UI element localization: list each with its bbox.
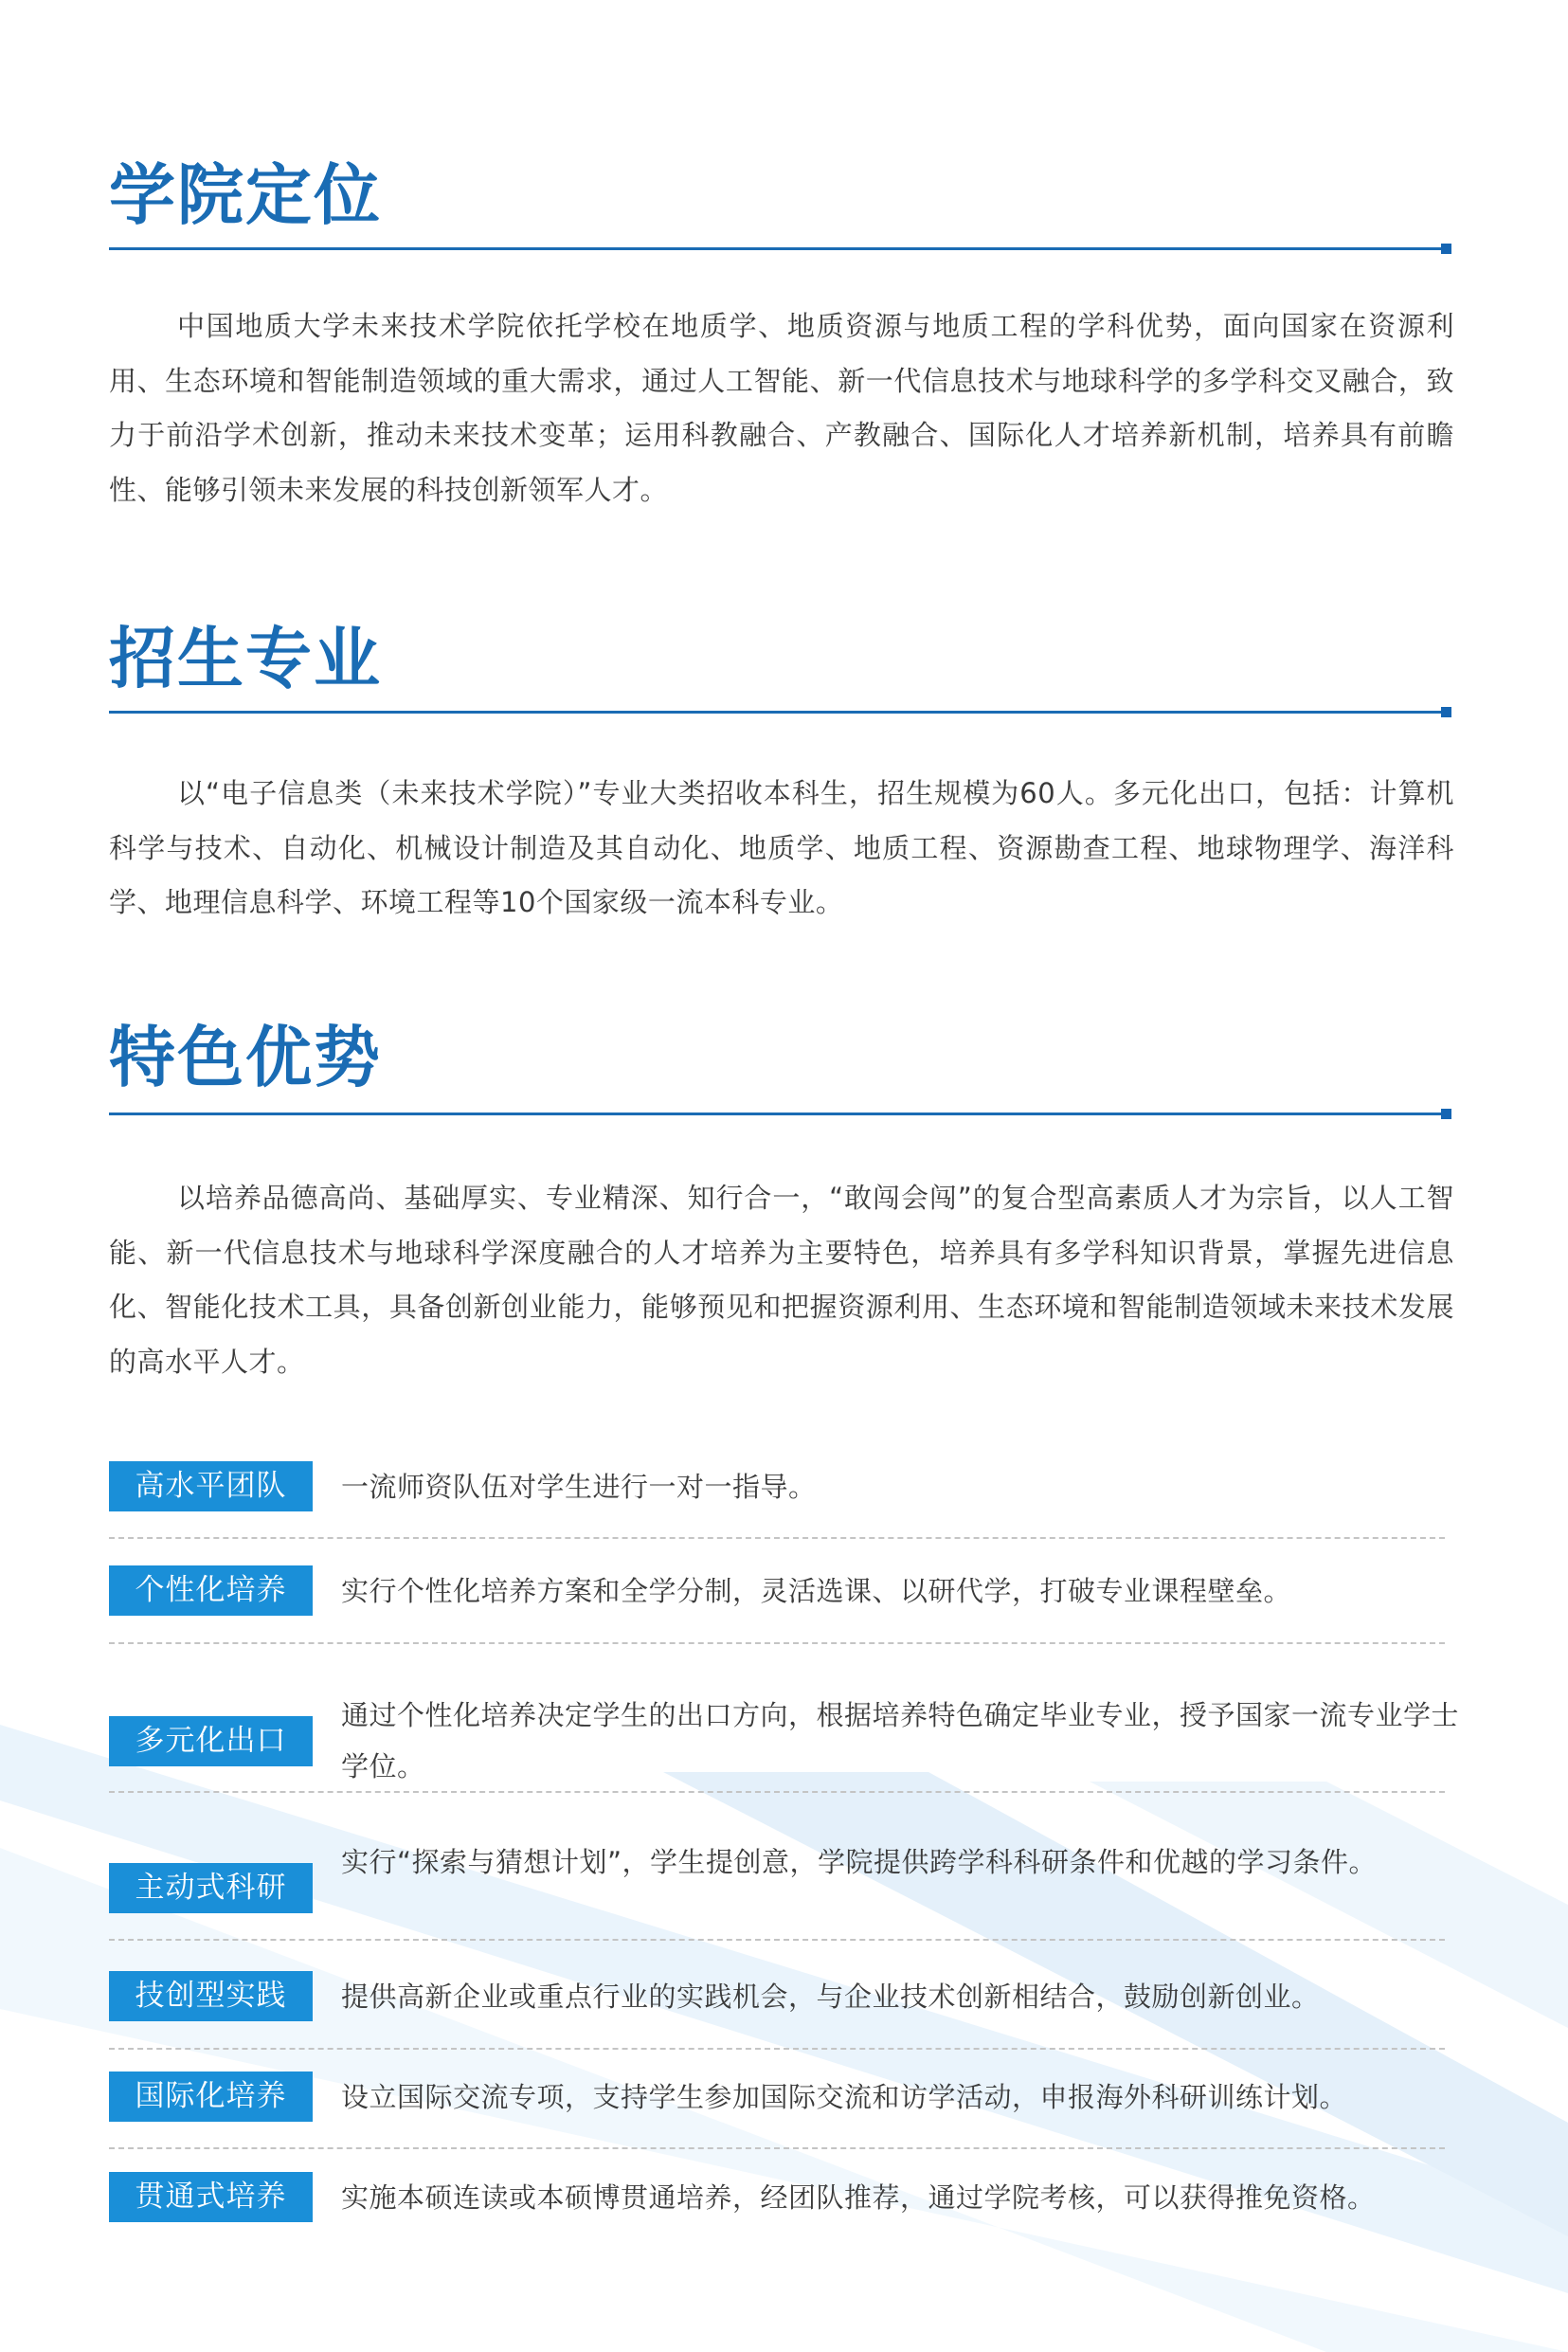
dashed-divider [109, 1939, 1445, 1941]
section-title-college-positioning: 学院定位 [109, 157, 382, 233]
feature-tag: 贯通式培养 [109, 2172, 313, 2222]
dashed-divider [109, 2147, 1445, 2149]
feature-tag: 高水平团队 [109, 1461, 313, 1511]
feature-description: 提供高新企业或重点行业的实践机会，与企业技术创新相结合，鼓励创新创业。 [341, 1971, 1464, 2022]
feature-description: 设立国际交流专项，支持学生参加国际交流和访学活动，申报海外科研训练计划。 [341, 2072, 1464, 2123]
feature-tag: 多元化出口 [109, 1716, 313, 1766]
feature-tag: 个性化培养 [109, 1565, 313, 1616]
section-divider [109, 1113, 1443, 1115]
section-paragraph-features-advantages: 以培养品德高尚、基础厚实、专业精深、知行合一，“敢闯会闯”的复合型高素质人才为宗… [109, 1171, 1454, 1389]
feature-description: 通过个性化培养决定学生的出口方向，根据培养特色确定毕业专业，授予国家一流专业学士… [341, 1690, 1464, 1792]
section-title-enrollment-majors: 招生专业 [109, 621, 382, 697]
dashed-divider [109, 1791, 1445, 1793]
divider-end-square [1441, 1109, 1451, 1119]
section-divider [109, 247, 1443, 250]
feature-description: 实施本硕连读或本硕博贯通培养，经团队推荐，通过学院考核，可以获得推免资格。 [341, 2172, 1464, 2223]
section-paragraph-college-positioning: 中国地质大学未来技术学院依托学校在地质学、地质资源与地质工程的学科优势，面向国家… [109, 299, 1454, 517]
divider-end-square [1441, 244, 1451, 254]
feature-tag: 技创型实践 [109, 1971, 313, 2021]
section-title-features-advantages: 特色优势 [109, 1020, 382, 1095]
feature-description: 一流师资队伍对学生进行一对一指导。 [341, 1461, 1464, 1512]
feature-description: 实行“探索与猜想计划”，学生提创意，学院提供跨学科科研条件和优越的学习条件。 [341, 1836, 1464, 1888]
dashed-divider [109, 2048, 1445, 2050]
feature-description: 实行个性化培养方案和全学分制，灵活选课、以研代学，打破专业课程壁垒。 [341, 1565, 1464, 1617]
feature-tag: 国际化培养 [109, 2072, 313, 2122]
page: 学院定位 中国地质大学未来技术学院依托学校在地质学、地质资源与地质工程的学科优势… [0, 0, 1568, 2352]
divider-end-square [1441, 707, 1451, 717]
dashed-divider [109, 1537, 1445, 1539]
dashed-divider [109, 1642, 1445, 1644]
feature-tag: 主动式科研 [109, 1863, 313, 1913]
section-paragraph-enrollment-majors: 以“电子信息类（未来技术学院）”专业大类招收本科生，招生规模为60人。多元化出口… [109, 767, 1454, 931]
section-divider [109, 711, 1443, 714]
